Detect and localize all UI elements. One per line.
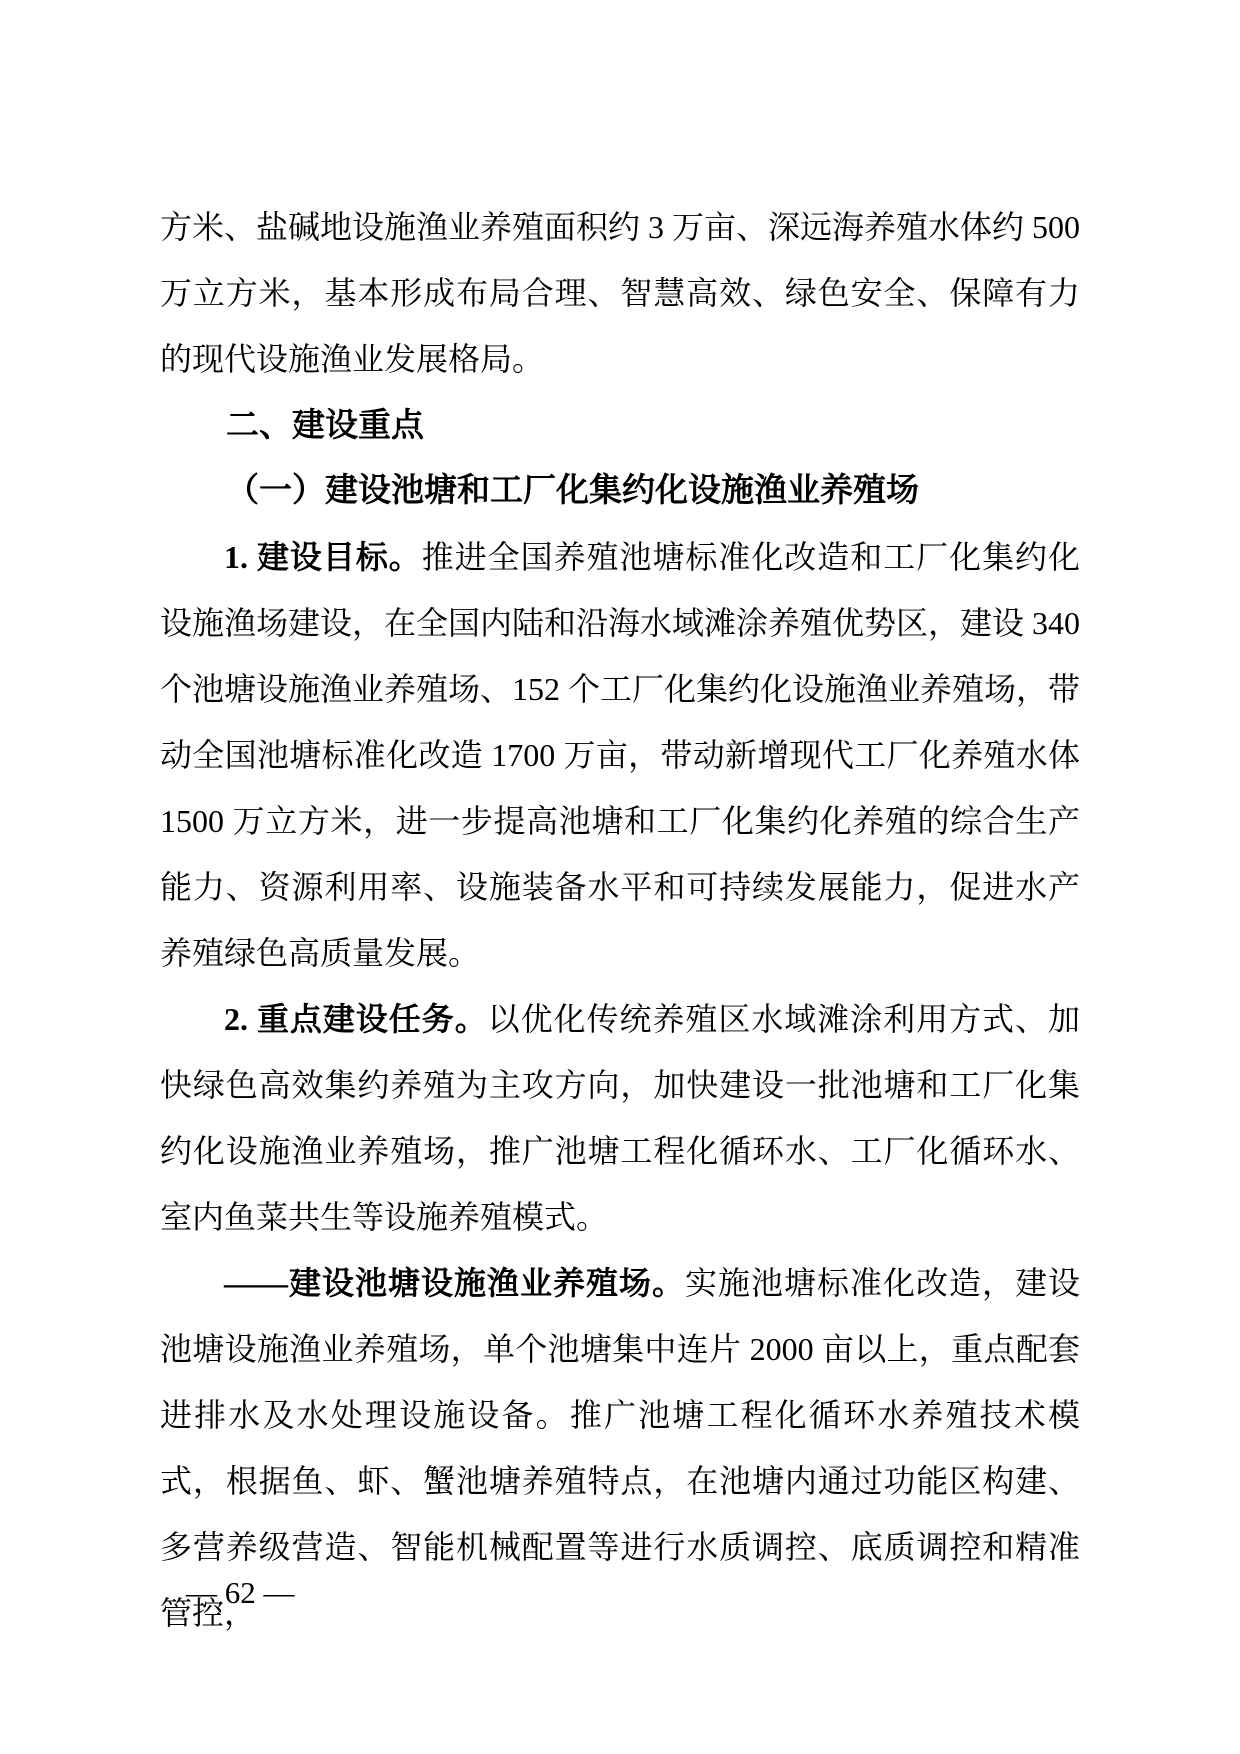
paragraph-intro-continuation: 方米、盐碱地设施渔业养殖面积约 3 万亩、深远海养殖水体约 500 万立方米，基… xyxy=(160,194,1080,392)
document-body: 方米、盐碱地设施渔业养殖面积约 3 万亩、深远海养殖水体约 500 万立方米，基… xyxy=(160,194,1080,1646)
paragraph-key-tasks-lead: 2. 重点建设任务。 xyxy=(224,1001,488,1037)
paragraph-pond-farms: ——建设池塘设施渔业养殖场。实施池塘标准化改造，建设池塘设施渔业养殖场，单个池塘… xyxy=(160,1250,1080,1646)
paragraph-construction-goal-lead: 1. 建设目标。 xyxy=(224,539,422,575)
paragraph-construction-goal: 1. 建设目标。推进全国养殖池塘标准化改造和工厂化集约化设施渔场建设，在全国内陆… xyxy=(160,524,1080,986)
subsection-heading: （一）建设池塘和工厂化集约化设施渔业养殖场 xyxy=(160,458,1080,524)
paragraph-pond-farms-lead: ——建设池塘设施渔业养殖场。 xyxy=(224,1265,685,1301)
paragraph-key-tasks: 2. 重点建设任务。以优化传统养殖区水域滩涂利用方式、加快绿色高效集约养殖为主攻… xyxy=(160,986,1080,1250)
paragraph-pond-farms-text: 实施池塘标准化改造，建设池塘设施渔业养殖场，单个池塘集中连片 2000 亩以上，… xyxy=(160,1265,1080,1631)
page-number: — 62 — xyxy=(186,1574,295,1612)
section-heading: 二、建设重点 xyxy=(160,392,1080,458)
paragraph-construction-goal-text: 推进全国养殖池塘标准化改造和工厂化集约化设施渔场建设，在全国内陆和沿海水域滩涂养… xyxy=(160,539,1080,971)
document-page: 方米、盐碱地设施渔业养殖面积约 3 万亩、深远海养殖水体约 500 万立方米，基… xyxy=(0,0,1240,1754)
